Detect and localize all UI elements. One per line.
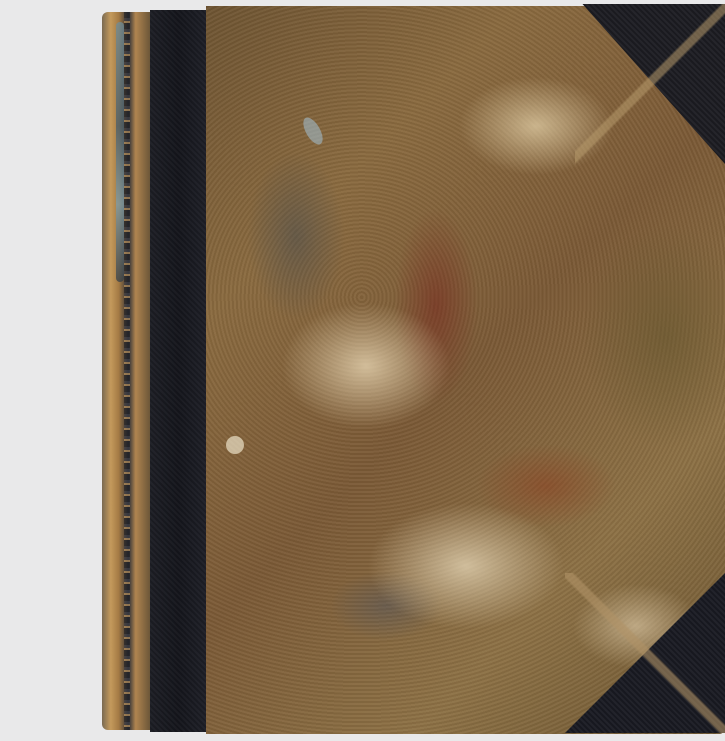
scuff-mark bbox=[226, 436, 244, 454]
spine-edge bbox=[102, 12, 150, 730]
book bbox=[102, 4, 725, 737]
bottom-corner-edge bbox=[565, 573, 725, 733]
top-corner-edge bbox=[575, 4, 725, 164]
photo-scene bbox=[0, 0, 725, 741]
spine-cloth-band bbox=[150, 10, 206, 732]
scuff-mark bbox=[299, 115, 326, 148]
